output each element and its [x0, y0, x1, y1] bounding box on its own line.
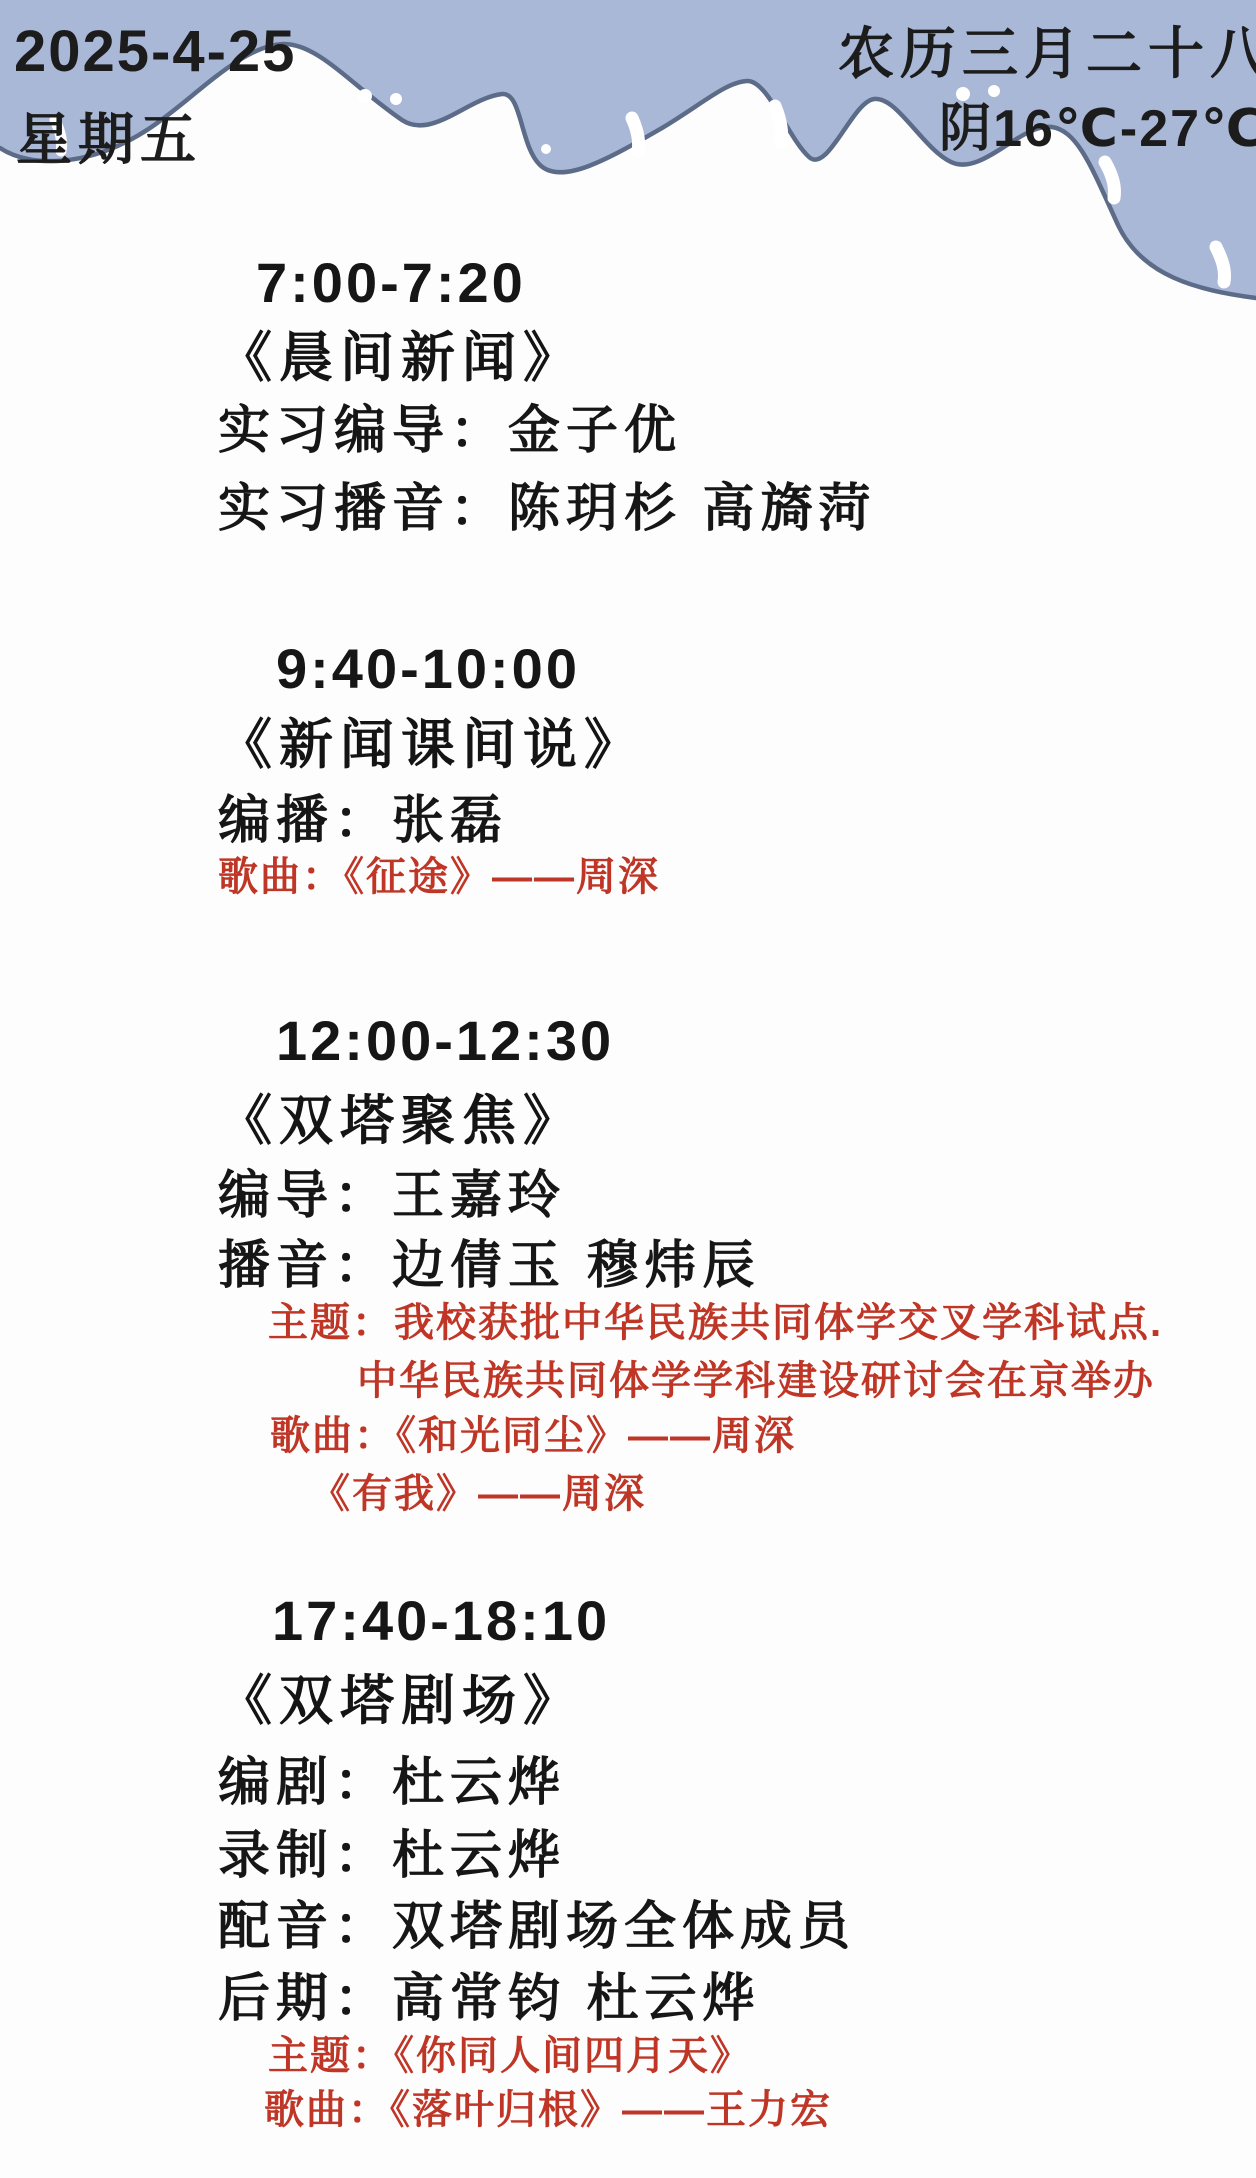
program-4-title: 《双塔剧场》: [218, 1658, 584, 1735]
program-4-time: 17:40-18:10: [272, 1588, 610, 1653]
credit-line: 实习编导：金子优: [218, 388, 682, 463]
note-line: 主题：《你同人间四月天》: [268, 2024, 752, 2081]
credit-line: 编导：王嘉玲: [218, 1153, 566, 1228]
credit-line: 编剧：杜云烨: [218, 1740, 566, 1815]
lunar-date-text: 农历三月二十八: [838, 10, 1256, 90]
program-1-title: 《晨间新闻》: [218, 315, 584, 392]
credit-line: 编播：张磊: [218, 778, 508, 853]
program-2-title: 《新闻课间说》: [218, 702, 645, 779]
schedule-poster: 2025-4-25 星期五 农历三月二十八 阴16℃-27℃ 7:00-7:20…: [0, 0, 1256, 2178]
credit-line: 实习播音：陈玥杉 高旖菏: [218, 466, 876, 541]
note-line: 歌曲：《征途》——周深: [218, 845, 660, 902]
weather-text: 阴16℃-27℃: [939, 86, 1256, 161]
weekday-text: 星期五: [16, 96, 202, 176]
program-1-time: 7:00-7:20: [256, 250, 526, 315]
note-line: 中华民族共同体学学科建设研讨会在京举办: [357, 1349, 1155, 1406]
credit-line: 播音：边倩玉 穆炜辰: [218, 1223, 760, 1298]
credit-line: 录制：杜云烨: [218, 1813, 566, 1888]
program-3-time: 12:00-12:30: [276, 1008, 614, 1073]
note-line: 《有我》——周深: [310, 1462, 646, 1519]
date-text: 2025-4-25: [14, 18, 296, 85]
credit-line: 配音：双塔剧场全体成员: [218, 1884, 856, 1959]
credit-line: 后期：高常钧 杜云烨: [218, 1956, 760, 2031]
note-line: 歌曲：《和光同尘》——周深: [270, 1404, 796, 1461]
program-2-time: 9:40-10:00: [276, 636, 580, 701]
note-line: 歌曲：《落叶归根》——王力宏: [264, 2078, 832, 2135]
program-3-title: 《双塔聚焦》: [218, 1078, 584, 1155]
note-line: 主题：我校获批中华民族共同体学交叉学科试点.: [268, 1291, 1163, 1348]
